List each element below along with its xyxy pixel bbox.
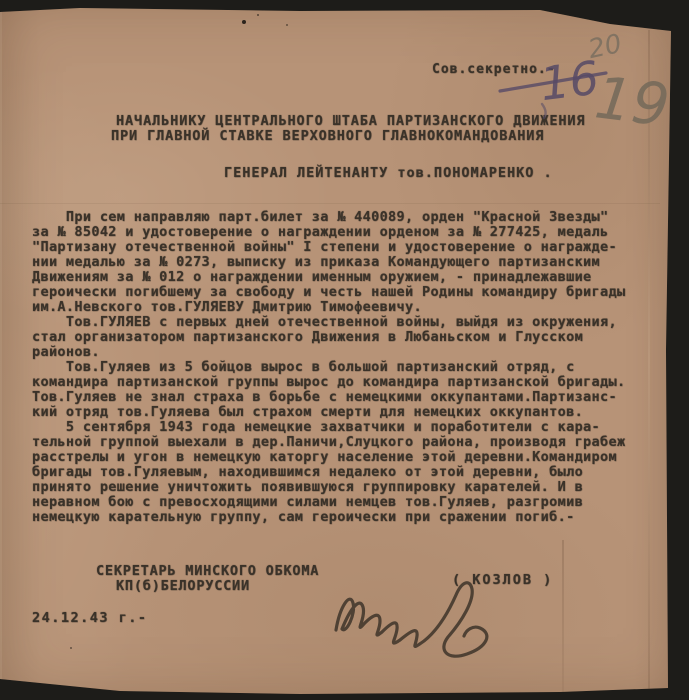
body-text: При сем направляю парт.билет за № 440089… [32,210,625,525]
recipient-line-2: ПРИ ГЛАВНОЙ СТАВКЕ ВЕРХОВНОГО ГЛАВНОКОМА… [111,128,544,144]
body-line: им.А.Невского тов.ГУЛЯЕВУ Дмитрию Тимофе… [32,300,625,315]
body-line: нии медалью за № 0273, выписку из приказ… [32,255,625,270]
paper-speck [242,20,246,24]
body-line: неравном бою с превосходящими силами нем… [32,495,625,510]
body-line: бригады тов.Гуляевым, находившимся недал… [32,465,625,480]
body-line: командира партизанской группы вырос до к… [32,375,625,390]
body-line: Тов.ГУЛЯЕВ с первых дней отечественной в… [32,315,625,330]
body-line: немецкую карательную группу, сам героиче… [32,510,625,525]
body-line: расстрелы и угон в немецкую каторгу насе… [32,450,625,465]
paper-speck [70,647,72,649]
body-line: принято решение уничтожить появившуюся г… [32,480,625,495]
paper-speck [286,24,288,26]
body-line: героически погибшему за свободу и честь … [32,285,625,300]
body-line: 5 сентября 1943 года немецкие захватчики… [32,420,625,435]
paper-speck [257,14,259,16]
document-date: 24.12.43 г.- [32,610,148,626]
classification-stamp: Сов.секретно.- [432,62,556,77]
signatory-name: ( КОЗЛОВ ) [452,572,553,588]
body-line: Тов.Гуляев не знал страха в борьбе с нем… [32,390,625,405]
body-line: Движениям за № 012 о награждении именным… [32,270,625,285]
paper-crease-horizontal [0,203,660,204]
body-line: кий отряд тов.Гуляева был страхом смерти… [32,405,625,420]
paper-crease-signature [562,540,564,698]
body-line: тельной группой выехали в дер.Паничи,Слу… [32,435,625,450]
recipient-line-3: ГЕНЕРАЛ ЛЕЙТЕНАНТУ тов.ПОНОМАРЕНКО . [224,165,553,181]
recipient-line-1: НАЧАЛЬНИКУ ЦЕНТРАЛЬНОГО ШТАБА ПАРТИЗАНСК… [116,113,585,129]
signatory-title-line-1: СЕКРЕТАРЬ МИНСКОГО ОБКОМА [96,563,319,579]
document-page: Сов.секретно.- НАЧАЛЬНИКУ ЦЕНТРАЛЬНОГО Ш… [0,0,689,700]
body-line: При сем направляю парт.билет за № 440089… [32,210,625,225]
body-line: "Партизану отечественной войны" I степен… [32,240,625,255]
photo-background: Сов.секретно.- НАЧАЛЬНИКУ ЦЕНТРАЛЬНОГО Ш… [0,0,689,700]
body-line: Тов.Гуляев из 5 бойцов вырос в большой п… [32,360,625,375]
body-line: стал организатором партизанского Движени… [32,330,625,345]
body-line: за № 85042 и удостоверение о награждении… [32,225,625,240]
body-line: районов. [32,345,625,360]
paper-crease-right [648,30,650,690]
signatory-title-line-2: КП(б)БЕЛОРУССИИ [116,578,250,594]
paper-speck [638,14,641,17]
